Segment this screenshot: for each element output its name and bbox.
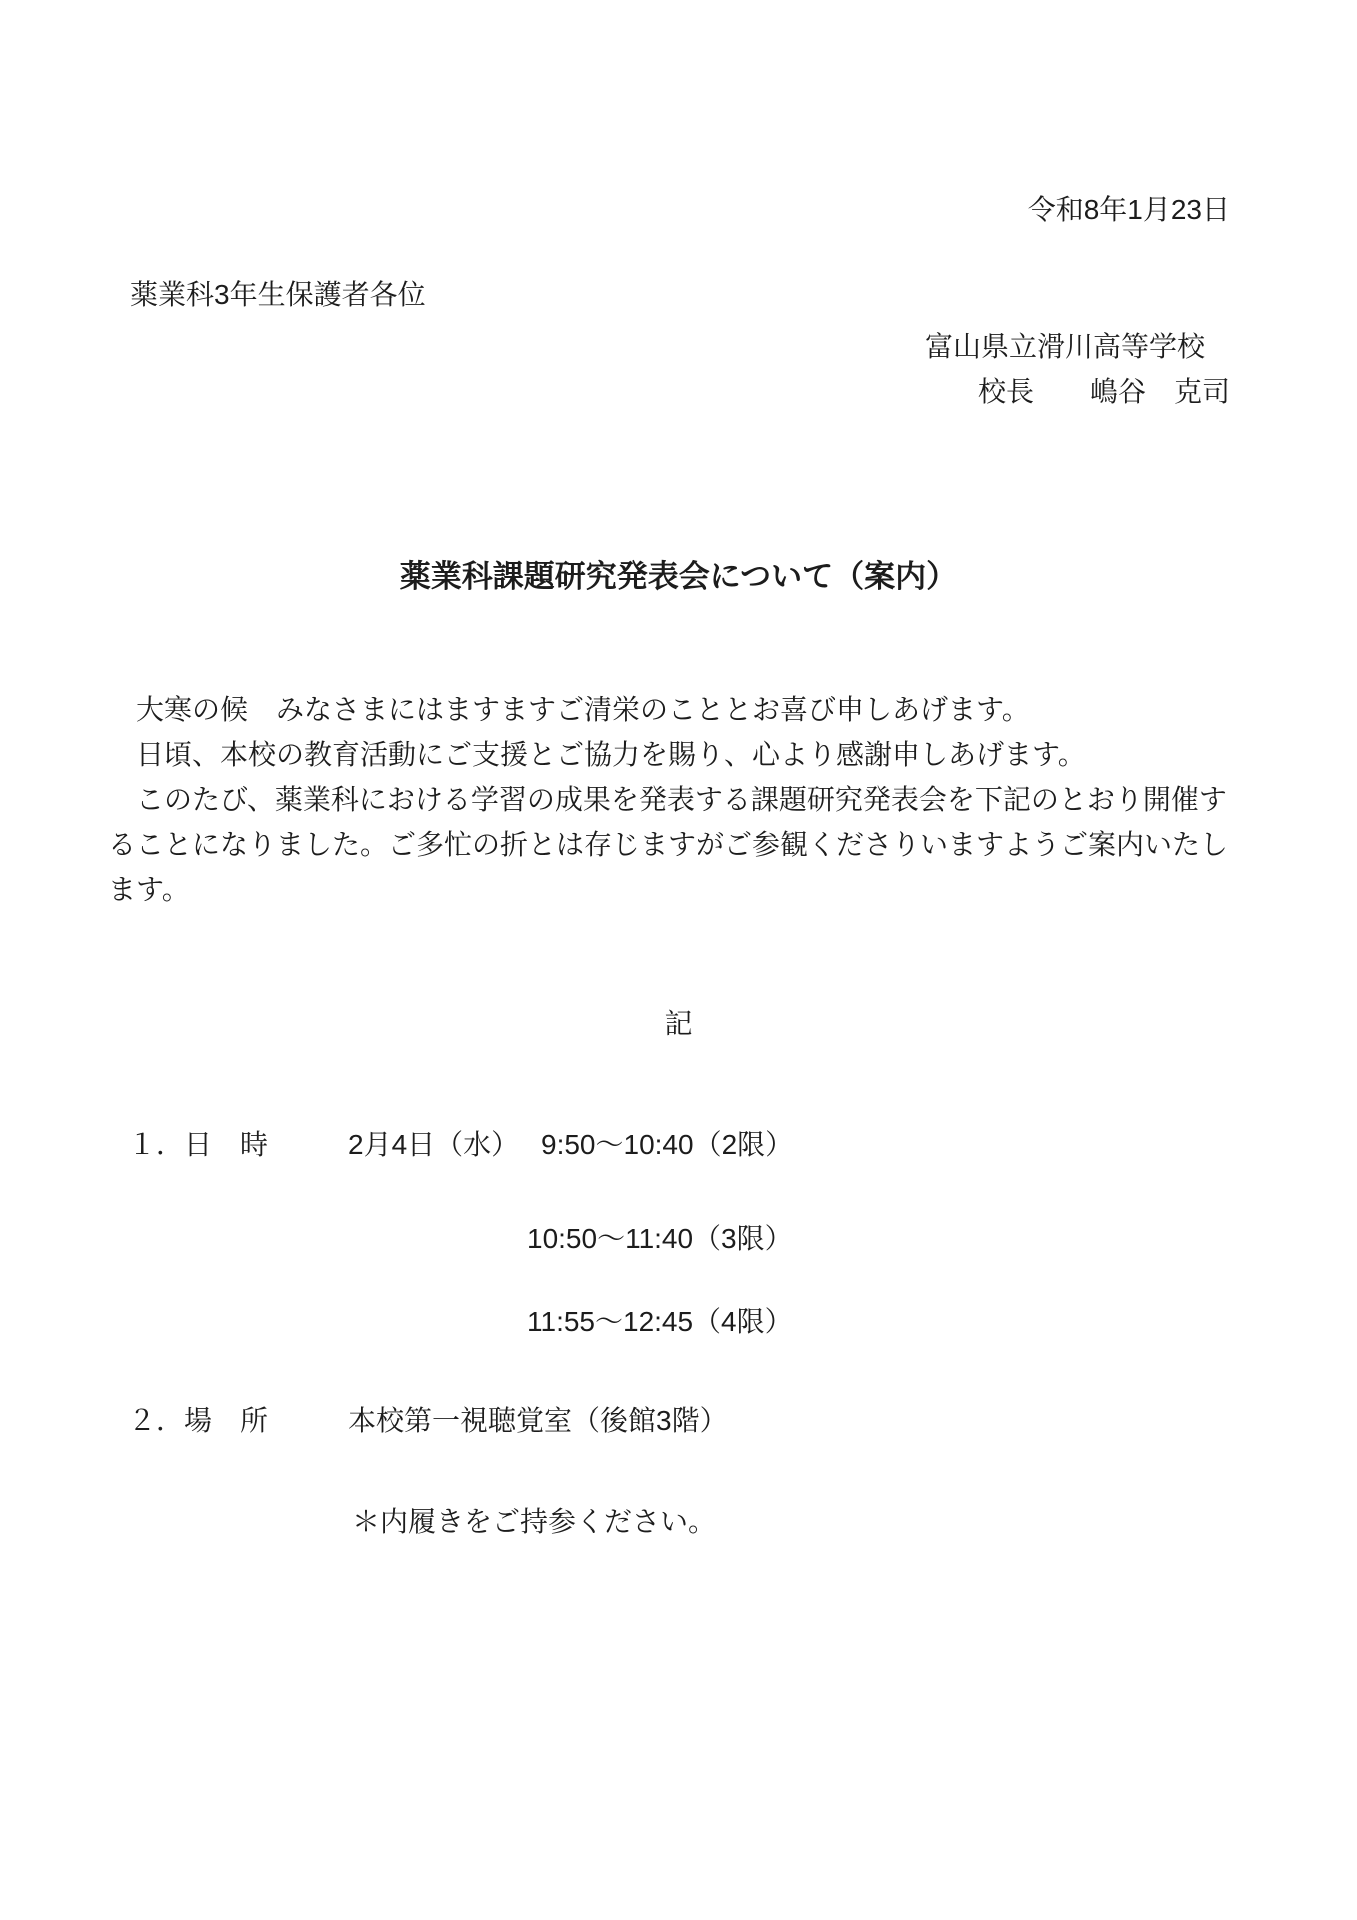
item-place-value: 本校第一視聴覚室（後館3階） <box>348 1404 728 1438</box>
item-number: １． <box>128 1129 184 1160</box>
addressee: 薬業科3年生保護者各位 <box>130 278 426 312</box>
item-number: ２． <box>128 1405 184 1436</box>
item-datetime-time-slot: 9:50～10:40（2限） <box>541 1128 793 1162</box>
document-title: 薬業科課題研究発表会について（案内） <box>0 551 1357 596</box>
item-datetime-time-slot: 10:50～11:40（3限） <box>527 1222 793 1256</box>
item-place-label: ２．場 所 <box>128 1404 268 1438</box>
body-line: ます。 <box>108 873 190 907</box>
sender-principal: 校長 嶋谷 克司 <box>978 375 1230 409</box>
record-marker: 記 <box>0 1002 1357 1042</box>
item-label-text: 場 所 <box>184 1405 268 1436</box>
item-datetime-label: １．日 時 <box>128 1128 268 1162</box>
body-line: このたび、薬業科における学習の成果を発表する課題研究発表会を下記のとおり開催す <box>108 783 1227 817</box>
document-date: 令和8年1月23日 <box>1028 193 1230 227</box>
body-line: ることになりました。ご多忙の折とは存じますがご参観くださりいますようご案内いたし <box>108 828 1228 862</box>
body-line: 日頃、本校の教育活動にご支援とご協力を賜り、心より感謝申しあげます。 <box>108 738 1086 772</box>
item-datetime-time-slot: 11:55～12:45（4限） <box>527 1305 793 1339</box>
body-line: 大寒の候 みなさまにはますますご清栄のこととお喜び申しあげます。 <box>108 693 1030 727</box>
item-datetime-date: 2月4日（水） <box>348 1128 519 1162</box>
item-label-text: 日 時 <box>184 1129 268 1160</box>
document-page: 令和8年1月23日 薬業科3年生保護者各位 富山県立滑川高等学校 校長 嶋谷 克… <box>0 0 1357 1920</box>
item-place-note: ＊内履きをご持参ください。 <box>352 1505 716 1539</box>
sender-school: 富山県立滑川高等学校 <box>925 330 1205 364</box>
